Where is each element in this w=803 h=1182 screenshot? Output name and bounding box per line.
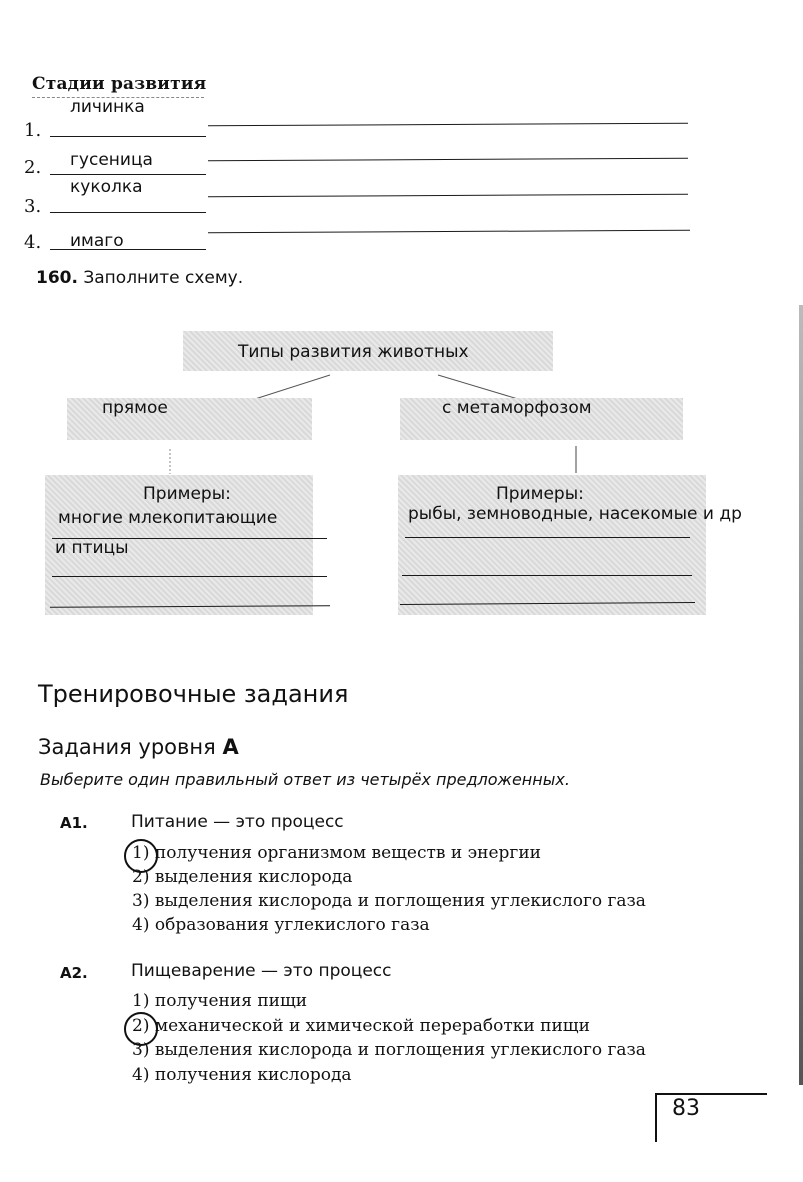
direct-examples-line1[interactable]: многие млекопитающие — [58, 508, 277, 528]
direct-development-label: прямое — [102, 398, 168, 418]
option-2[interactable]: 2) механической и химической переработки… — [132, 1016, 590, 1036]
metamorphosis-label: с метаморфозом — [442, 398, 592, 418]
option-number: 4) — [132, 915, 149, 935]
stage-line — [50, 249, 206, 250]
stage-number: 4. — [24, 232, 41, 253]
stage-answer[interactable]: гусеница — [70, 150, 153, 170]
task-text: Заполните схему. — [83, 268, 243, 288]
stage-number: 1. — [24, 120, 41, 141]
level-heading: Задания уровня A — [38, 735, 239, 759]
option-number: 4) — [132, 1065, 149, 1085]
direct-examples-title: Примеры: — [143, 484, 231, 504]
stage-line-long — [208, 230, 690, 234]
answer-line — [402, 575, 692, 576]
level-prefix: Задания уровня — [38, 735, 222, 759]
metamorphosis-examples-title: Примеры: — [496, 484, 584, 504]
option-text: механической и химической переработки пи… — [155, 1016, 590, 1036]
stage-line-long — [208, 158, 688, 162]
option-number: 3) — [132, 1040, 149, 1060]
option-1[interactable]: 1) получения организмом веществ и энерги… — [132, 843, 541, 863]
option-3[interactable]: 3) выделения кислорода и поглощения угле… — [132, 891, 646, 911]
stage-answer[interactable]: личинка — [70, 97, 145, 117]
stage-line-long — [208, 123, 688, 127]
option-text: образования углекислого газа — [155, 915, 430, 935]
question-text: Пищеварение — это процесс — [131, 961, 392, 981]
direct-examples-line2[interactable]: и птицы — [55, 538, 129, 558]
answer-line — [405, 537, 690, 538]
page-edge-shadow — [799, 305, 803, 1085]
option-number: 2) — [132, 867, 149, 887]
training-title: Тренировочные задания — [38, 680, 348, 708]
instruction: Выберите один правильный ответ из четырё… — [40, 770, 570, 789]
stage-number: 2. — [24, 157, 41, 178]
option-text: получения кислорода — [155, 1065, 352, 1085]
stage-line — [50, 174, 206, 175]
stage-line-long — [208, 194, 688, 198]
task-160: 160. Заполните схему. — [36, 268, 243, 288]
stage-line — [50, 212, 206, 213]
option-text: выделения кислорода — [155, 867, 353, 887]
metamorphosis-examples-line1[interactable]: рыбы, земноводные, насекомые и др — [408, 504, 742, 524]
stages-title: Стадии развития — [32, 74, 206, 94]
option-2[interactable]: 2) выделения кислорода — [132, 867, 352, 887]
question-label: A1. — [60, 814, 88, 832]
option-text: получения организмом веществ и энергии — [155, 843, 541, 863]
question-label: A2. — [60, 964, 88, 982]
stage-answer[interactable]: куколка — [70, 177, 143, 197]
stage-number: 3. — [24, 196, 41, 217]
option-number: 3) — [132, 891, 149, 911]
stage-answer[interactable]: имаго — [70, 231, 124, 251]
question-text: Питание — это процесс — [131, 812, 344, 832]
option-text: выделения кислорода и поглощения углекис… — [155, 1040, 646, 1060]
task-number: 160. — [36, 268, 78, 288]
stage-line — [50, 136, 206, 137]
option-4[interactable]: 4) получения кислорода — [132, 1065, 352, 1085]
diagram-root-label: Типы развития животных — [238, 342, 469, 362]
option-4[interactable]: 4) образования углекислого газа — [132, 915, 430, 935]
option-text: выделения кислорода и поглощения углекис… — [155, 891, 646, 911]
option-3[interactable]: 3) выделения кислорода и поглощения угле… — [132, 1040, 646, 1060]
answer-line — [52, 576, 327, 577]
option-number: 1) — [132, 991, 149, 1011]
option-text: получения пищи — [155, 991, 307, 1011]
level-letter: A — [222, 735, 238, 759]
page-number: 83 — [672, 1096, 700, 1121]
option-1[interactable]: 1) получения пищи — [132, 991, 307, 1011]
